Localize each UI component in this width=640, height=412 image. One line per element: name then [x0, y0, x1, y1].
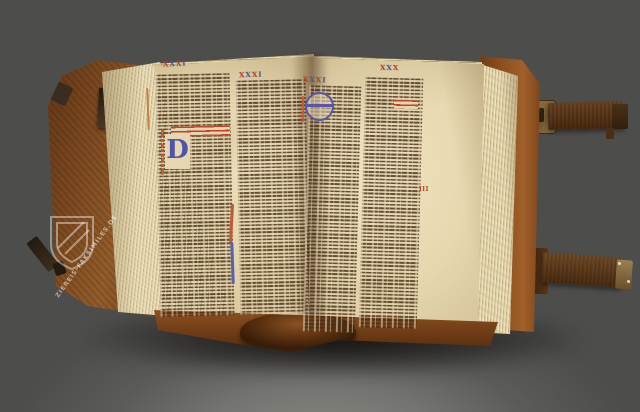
photo-stage: XXXI XXXI XXXI XXX D III ZIEREIS-FAKSIMI…: [0, 0, 640, 412]
text-column-right-2: [359, 77, 424, 328]
watermark: ZIEREIS-FAKSIMILES.DE: [44, 212, 124, 304]
running-header-left-col2: XXXI: [239, 71, 263, 79]
rubric-line-right: [394, 100, 418, 110]
illuminated-initial-left: D: [165, 134, 190, 169]
illuminated-initial-right: [305, 92, 334, 121]
metal-glint: [618, 262, 621, 265]
penwork-red-filigree: [302, 96, 304, 122]
flourish-red-stroke: [229, 204, 234, 244]
running-header-right-col1: XXXI: [303, 76, 327, 84]
catch-bar: [51, 82, 74, 107]
initial-cross-bar: [307, 104, 332, 107]
strap-tab: [606, 128, 614, 139]
text-column-left-1: [155, 73, 234, 316]
marginal-note: III: [419, 186, 429, 193]
leather-strap: [541, 252, 623, 288]
text-column-left-2: [236, 79, 311, 314]
text-column-right-1: [303, 85, 361, 332]
metal-glint: [627, 280, 630, 283]
clasp-strap-lower: [528, 240, 636, 300]
shield-logo-icon: [48, 214, 96, 272]
running-header-left-col1: XXXI: [163, 59, 187, 67]
strap-metal-tip: [612, 104, 628, 129]
penwork-flourish: [224, 204, 240, 288]
running-header-right-col2: XXX: [380, 64, 399, 71]
penwork-red-filigree: [161, 129, 164, 175]
flourish-blue-stroke: [230, 242, 234, 284]
